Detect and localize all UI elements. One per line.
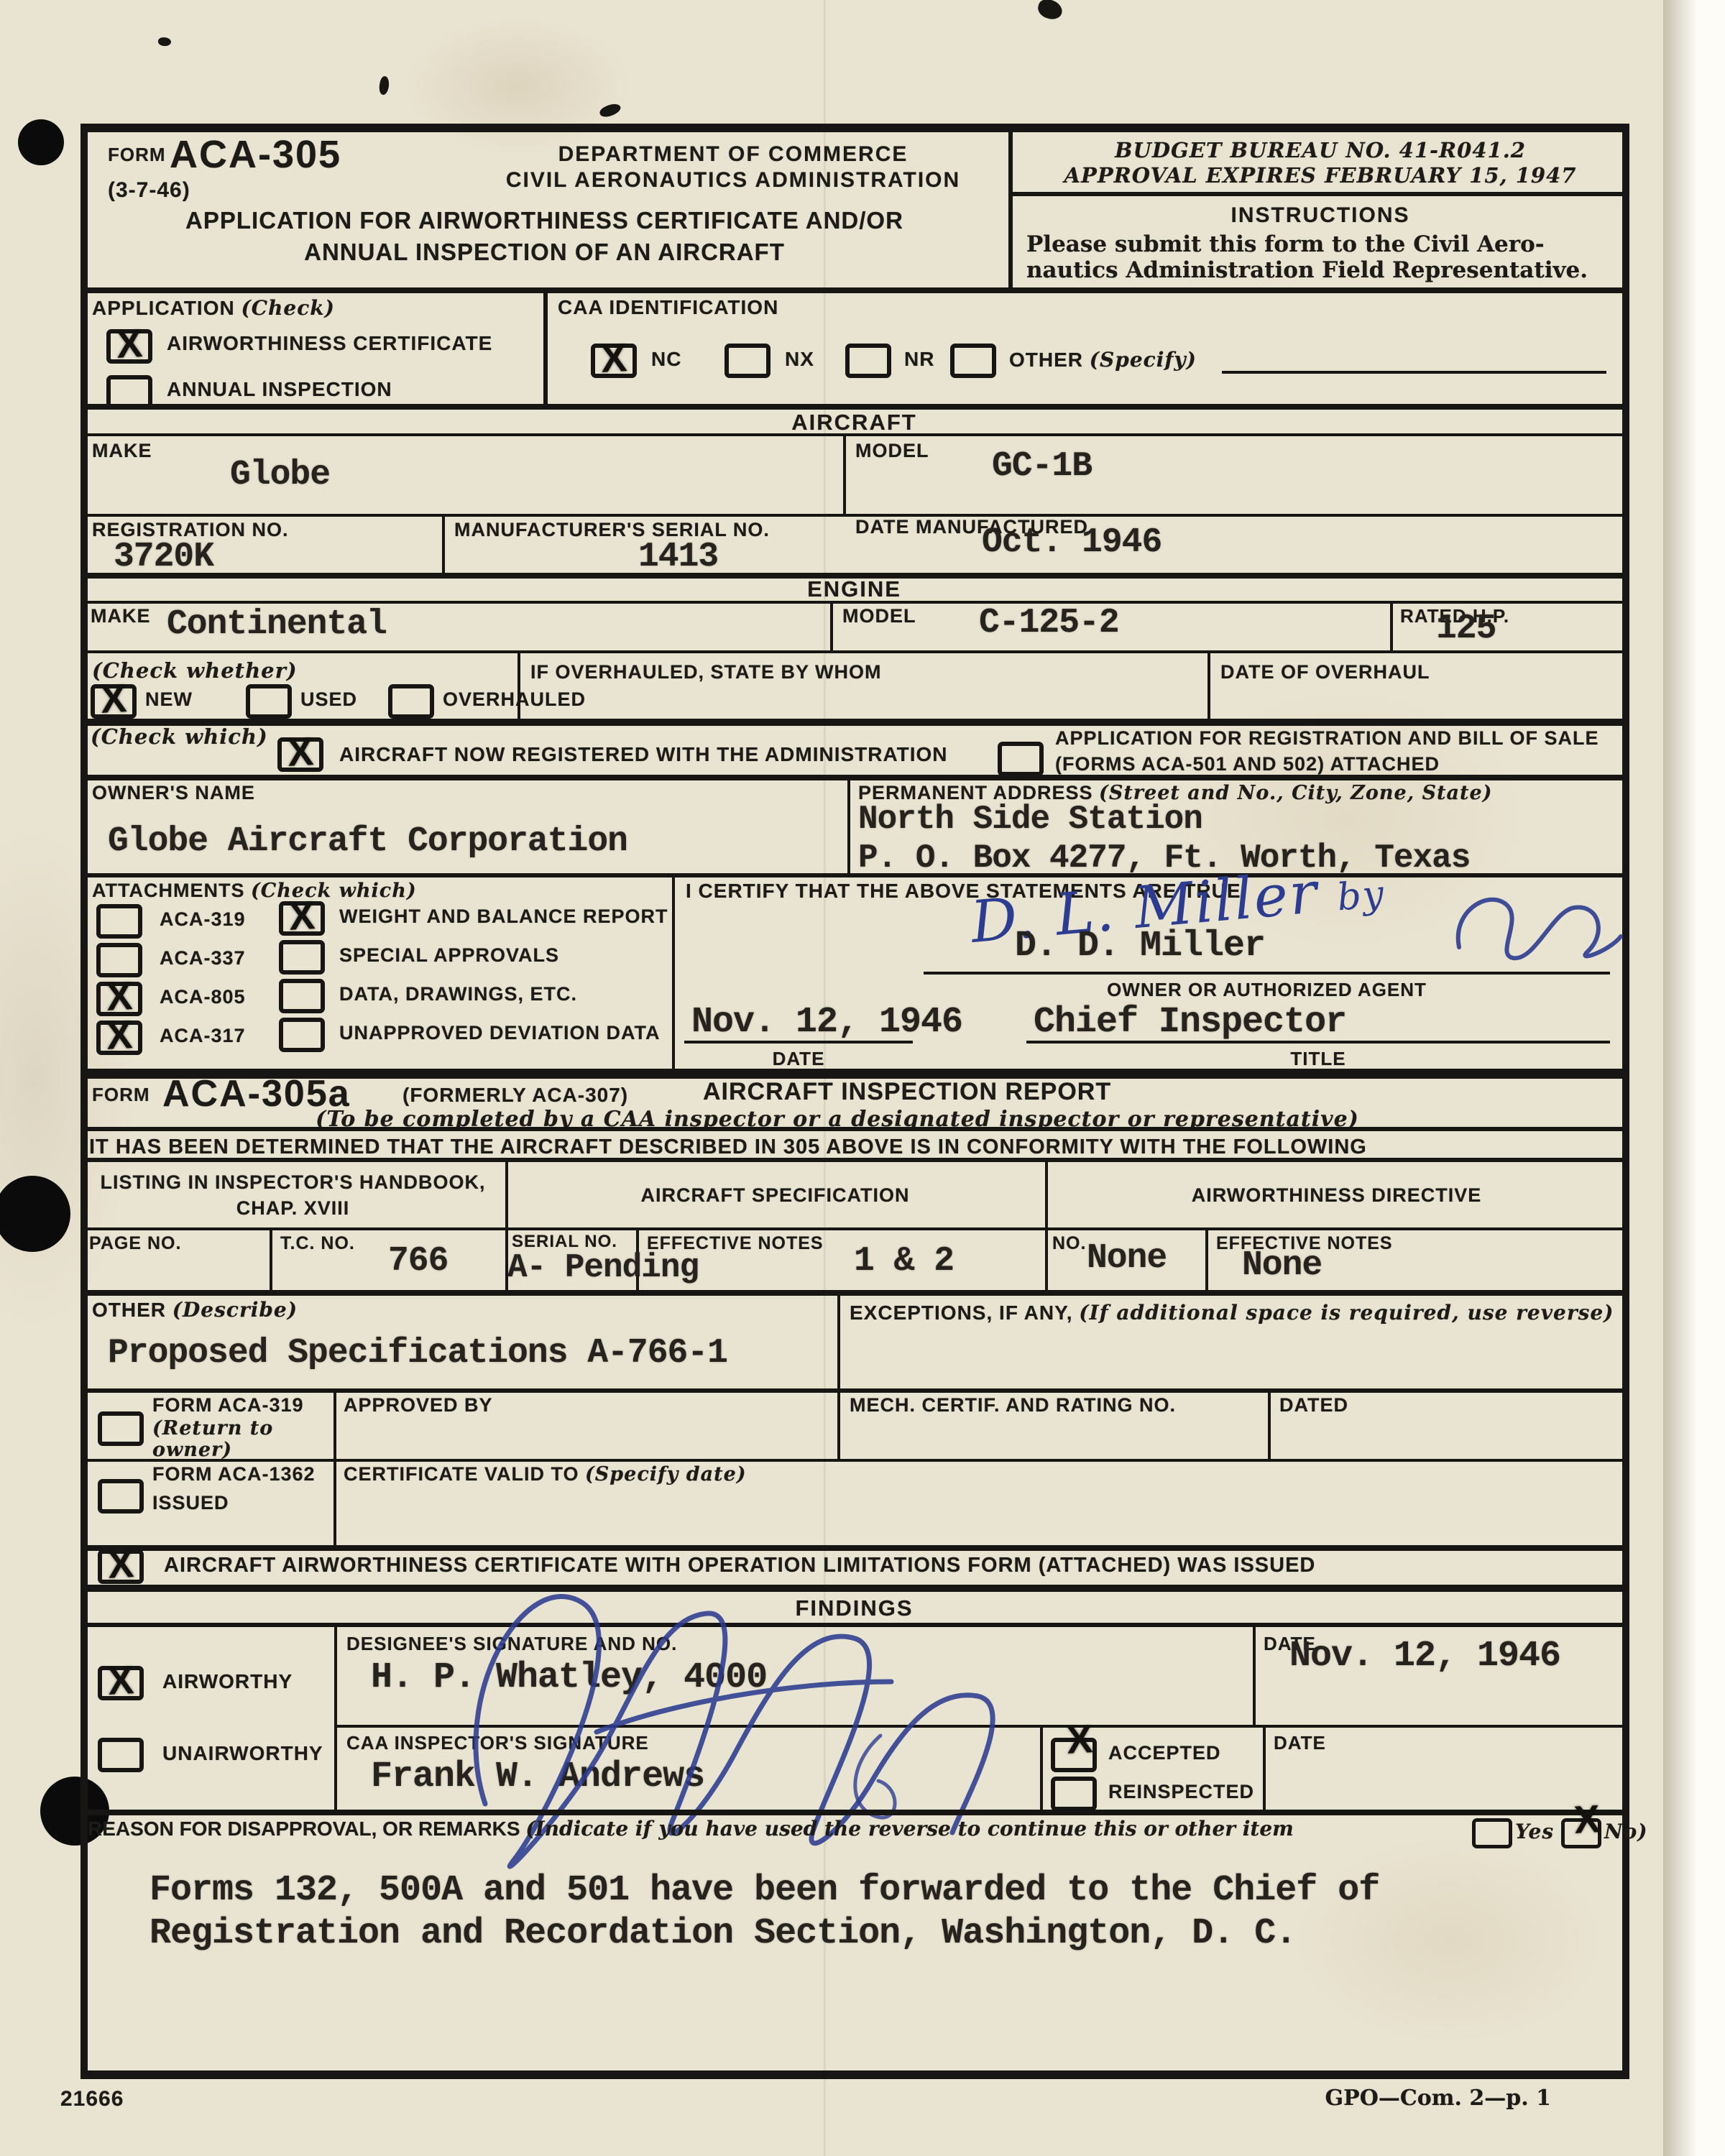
footer-gpo: GPO—Com. 2—p. 1 bbox=[1150, 2086, 1551, 2111]
remarks-yes-checkbox: X bbox=[1472, 1818, 1512, 1848]
aca-317-checkbox: X bbox=[96, 1021, 142, 1055]
annual-inspection-label: ANNUAL INSPECTION bbox=[167, 378, 392, 401]
department-line2: CIVIL AERONAUTICS ADMINISTRATION bbox=[446, 168, 1021, 193]
registration-attached-line2: (FORMS ACA-501 AND 502) ATTACHED bbox=[1055, 753, 1440, 775]
check-mark: X bbox=[101, 1658, 140, 1705]
form-title-line1: APPLICATION FOR AIRWORTHINESS CERTIFICAT… bbox=[80, 207, 1008, 234]
nx-checkbox: X bbox=[724, 344, 770, 378]
footer-stock-number: 21666 bbox=[60, 2087, 124, 2111]
divider bbox=[80, 719, 1628, 726]
check-mark: X bbox=[93, 676, 133, 723]
engine-make-value: Continental bbox=[167, 605, 387, 644]
airworthiness-certificate-label: AIRWORTHINESS CERTIFICATE bbox=[167, 332, 492, 355]
certify-date-label: DATE bbox=[684, 1048, 913, 1070]
remarks-yes-label: Yes bbox=[1515, 1820, 1554, 1843]
divider bbox=[1045, 1227, 1048, 1290]
budget-bureau-line1: BUDGET BUREAU NO. 41-R041.2 bbox=[1013, 138, 1628, 162]
tc-no-label: T.C. NO. bbox=[280, 1233, 355, 1254]
divider bbox=[80, 650, 1628, 653]
title-line bbox=[1026, 1041, 1610, 1044]
return-to-owner-line2: owner) bbox=[152, 1439, 232, 1461]
divider bbox=[837, 1388, 840, 1459]
conformity-statement: IT HAS BEEN DETERMINED THAT THE AIRCRAFT… bbox=[89, 1135, 1367, 1159]
check-mark: X bbox=[99, 1013, 139, 1059]
unairworthy-checkbox: X bbox=[98, 1738, 144, 1772]
divider bbox=[333, 1388, 336, 1459]
issued-label: ISSUED bbox=[152, 1492, 229, 1514]
form-aca-319-label: FORM ACA-319 bbox=[152, 1394, 304, 1416]
exceptions-label: EXCEPTIONS, IF ANY, (If additional space… bbox=[850, 1298, 1619, 1328]
rated-hp-value: 125 bbox=[1436, 609, 1496, 648]
handbook-col-line1: LISTING IN INSPECTOR'S HANDBOOK, bbox=[80, 1171, 505, 1194]
form-aca-319-checkbox: X bbox=[98, 1411, 144, 1446]
aca-319-checkbox: X bbox=[96, 904, 142, 939]
directive-no-value: None bbox=[1087, 1239, 1167, 1278]
data-drawings-checkbox: X bbox=[279, 979, 325, 1013]
aca-337-label: ACA-337 bbox=[160, 947, 246, 969]
check-which-label: (Check which) bbox=[91, 724, 268, 749]
divider bbox=[847, 775, 850, 873]
aircraft-make-label: MAKE bbox=[92, 440, 152, 462]
divider bbox=[1253, 1623, 1256, 1725]
ink-speck bbox=[598, 101, 622, 119]
divider bbox=[1205, 1227, 1208, 1290]
form-number-prefix: FORM bbox=[108, 144, 166, 166]
divider bbox=[80, 1158, 1628, 1162]
divider bbox=[80, 404, 1628, 410]
effective-notes-value: 1 & 2 bbox=[854, 1242, 954, 1281]
instructions-line2: nautics Administration Field Representat… bbox=[1026, 257, 1588, 283]
registered-checkbox: X bbox=[277, 737, 323, 772]
weight-balance-label: WEIGHT AND BALANCE REPORT bbox=[339, 906, 668, 928]
directive-no-label: NO. bbox=[1052, 1233, 1086, 1254]
registration-no-value: 3720K bbox=[114, 538, 213, 576]
page-no-label: PAGE NO. bbox=[89, 1233, 181, 1254]
ink-speck bbox=[1036, 0, 1064, 22]
overhauled-by-whom-label: IF OVERHAULED, STATE BY WHOM bbox=[530, 661, 882, 683]
aircraft-section-title: AIRCRAFT bbox=[80, 410, 1628, 436]
accepted-label: ACCEPTED bbox=[1108, 1742, 1221, 1764]
dated-label: DATED bbox=[1279, 1394, 1348, 1416]
remarks-text-line2: Registration and Recordation Section, Wa… bbox=[149, 1913, 1296, 1954]
handbook-col-line2: CHAP. XVIII bbox=[80, 1197, 505, 1220]
special-approvals-checkbox: X bbox=[279, 940, 325, 975]
new-label: NEW bbox=[145, 688, 193, 711]
certificate-issued-checkbox: X bbox=[98, 1549, 144, 1584]
nr-checkbox: X bbox=[845, 344, 891, 378]
remarks-no-checkbox: X bbox=[1561, 1818, 1601, 1848]
check-mark: X bbox=[109, 321, 149, 368]
aircraft-model-value: GC-1B bbox=[992, 447, 1092, 486]
aca-805-label: ACA-805 bbox=[160, 986, 246, 1008]
special-approvals-label: SPECIAL APPROVALS bbox=[339, 944, 559, 967]
date-of-overhaul-label: DATE OF OVERHAUL bbox=[1220, 661, 1430, 683]
paper-edge bbox=[1663, 0, 1725, 2156]
form-title-line2: ANNUAL INSPECTION OF AN AIRCRAFT bbox=[80, 239, 1008, 266]
new-checkbox: X bbox=[91, 684, 137, 719]
registered-label: AIRCRAFT NOW REGISTERED WITH THE ADMINIS… bbox=[339, 743, 948, 766]
approved-by-label: APPROVED BY bbox=[344, 1394, 493, 1416]
ink-speck bbox=[378, 75, 390, 96]
divider bbox=[80, 1290, 1628, 1296]
punch-hole bbox=[0, 1176, 70, 1252]
airworthy-checkbox: X bbox=[98, 1666, 144, 1700]
overhauled-label: OVERHAULED bbox=[443, 688, 586, 711]
aircraft-make-value: Globe bbox=[230, 456, 330, 494]
divider bbox=[843, 436, 846, 514]
effective-notes-label: EFFECTIVE NOTES bbox=[647, 1233, 824, 1254]
tc-no-value: 766 bbox=[388, 1242, 448, 1281]
signature-flourish bbox=[1445, 883, 1624, 969]
data-drawings-label: DATA, DRAWINGS, ETC. bbox=[339, 983, 577, 1005]
used-checkbox: X bbox=[246, 684, 292, 719]
form-aca-1362-checkbox: X bbox=[98, 1479, 144, 1514]
form-aca-1362-label: FORM ACA-1362 bbox=[152, 1463, 316, 1485]
used-label: USED bbox=[300, 688, 357, 711]
divider bbox=[830, 601, 833, 650]
divider bbox=[1268, 1388, 1271, 1459]
ink-speck bbox=[158, 37, 171, 46]
certificate-valid-to-label: CERTIFICATE VALID TO (Specify date) bbox=[344, 1463, 747, 1485]
attachments-label: ATTACHMENTS (Check which) bbox=[92, 880, 417, 902]
owner-signature-typed: D. D. Miller bbox=[1015, 926, 1265, 967]
engine-model-value: C-125-2 bbox=[979, 604, 1119, 642]
registration-attached-checkbox: X bbox=[998, 742, 1044, 776]
owner-name-value: Globe Aircraft Corporation bbox=[108, 822, 627, 861]
unairworthy-label: UNAIRWORTHY bbox=[162, 1742, 323, 1765]
remarks-no-label: No) bbox=[1604, 1820, 1648, 1843]
department-line1: DEPARTMENT OF COMMERCE bbox=[446, 142, 1021, 167]
certify-title-value: Chief Inspector bbox=[1034, 1002, 1346, 1043]
application-label: APPLICATION (Check) bbox=[92, 296, 335, 320]
remarks-label: REASON FOR DISAPPROVAL, OR REMARKS (Indi… bbox=[88, 1817, 1294, 1841]
divider bbox=[80, 433, 1628, 436]
divider bbox=[517, 650, 520, 719]
aircraft-model-label: MODEL bbox=[855, 440, 929, 462]
divider bbox=[80, 1127, 1628, 1131]
divider bbox=[1390, 601, 1393, 650]
divider bbox=[333, 1459, 336, 1545]
owner-agent-label: OWNER OR AUTHORIZED AGENT bbox=[924, 979, 1610, 1001]
instructions-title: INSTRUCTIONS bbox=[1013, 203, 1628, 228]
date-line bbox=[684, 1041, 913, 1044]
engine-make-label: MAKE bbox=[91, 605, 151, 627]
permanent-address-line1: North Side Station bbox=[858, 801, 1202, 838]
unapproved-deviation-label: UNAPPROVED DEVIATION DATA bbox=[339, 1022, 661, 1044]
divider bbox=[1263, 1725, 1266, 1810]
remarks-text-line1: Forms 132, 500A and 501 have been forwar… bbox=[149, 1870, 1379, 1911]
punch-hole bbox=[18, 119, 64, 165]
aca-805-checkbox: X bbox=[96, 982, 142, 1016]
form-border-bottom bbox=[80, 2070, 1628, 2079]
budget-bureau-line2: APPROVAL EXPIRES FEBRUARY 15, 1947 bbox=[1013, 163, 1628, 188]
form-number: ACA-305 bbox=[170, 132, 341, 177]
divider bbox=[80, 873, 1628, 877]
report-formerly: (FORMERLY ACA-307) bbox=[402, 1084, 628, 1107]
divider bbox=[80, 1810, 1628, 1815]
spec-serial-value: A- Pending bbox=[507, 1249, 699, 1286]
check-mark: X bbox=[101, 1542, 140, 1588]
return-to-owner-line1: (Return to bbox=[152, 1417, 273, 1439]
inspector-date-label: DATE bbox=[1274, 1732, 1326, 1754]
form-revision-date: (3-7-46) bbox=[108, 178, 190, 203]
scanned-form-page: FORM ACA-305 (3-7-46) DEPARTMENT OF COMM… bbox=[0, 0, 1725, 2156]
divider bbox=[80, 1388, 1628, 1393]
report-form-prefix: FORM bbox=[92, 1084, 150, 1106]
aca-319-label: ACA-319 bbox=[160, 908, 246, 931]
check-mark: X bbox=[282, 893, 321, 940]
divider bbox=[672, 873, 675, 1069]
engine-section-title: ENGINE bbox=[80, 576, 1628, 602]
unapproved-deviation-checkbox: X bbox=[279, 1018, 325, 1052]
caa-identification-label: CAA IDENTIFICATION bbox=[558, 296, 778, 319]
divider bbox=[80, 601, 1628, 604]
other-id-blank-line bbox=[1222, 371, 1606, 374]
other-id-label: OTHER (Specify) bbox=[1009, 348, 1197, 372]
reinspected-label: REINSPECTED bbox=[1108, 1781, 1254, 1803]
aircraft-spec-col: AIRCRAFT SPECIFICATION bbox=[505, 1184, 1045, 1207]
weight-balance-checkbox: X bbox=[279, 901, 325, 936]
serial-no-label: MANUFACTURER'S SERIAL NO. bbox=[454, 519, 770, 541]
divider bbox=[837, 1290, 840, 1388]
instructions-line1: Please submit this form to the Civil Aer… bbox=[1026, 231, 1545, 257]
findings-date-value: Nov. 12, 1946 bbox=[1289, 1636, 1560, 1677]
nr-label: NR bbox=[904, 348, 934, 371]
divider bbox=[80, 1459, 1628, 1462]
certify-title-label: TITLE bbox=[1026, 1048, 1610, 1070]
divider bbox=[80, 1227, 1628, 1230]
signature-line bbox=[924, 972, 1610, 975]
check-mark: X bbox=[594, 336, 633, 382]
overhauled-checkbox: X bbox=[388, 684, 434, 719]
serial-no-value: 1413 bbox=[638, 538, 718, 576]
divider bbox=[1207, 650, 1210, 719]
divider bbox=[1008, 192, 1628, 196]
divider bbox=[442, 514, 445, 573]
airworthiness-certificate-checkbox: X bbox=[106, 329, 152, 364]
airworthiness-directive-col: AIRWORTHINESS DIRECTIVE bbox=[1045, 1184, 1628, 1207]
certify-date-value: Nov. 12, 1946 bbox=[691, 1002, 962, 1043]
nc-label: NC bbox=[651, 348, 681, 371]
divider bbox=[80, 514, 1628, 517]
directive-notes-value: None bbox=[1242, 1246, 1322, 1285]
divider bbox=[334, 1623, 337, 1810]
airworthy-label: AIRWORTHY bbox=[162, 1670, 293, 1693]
check-mark: X bbox=[1569, 1797, 1604, 1843]
form-border-top bbox=[80, 124, 1628, 132]
divider bbox=[270, 1227, 272, 1290]
divider bbox=[80, 775, 1628, 780]
check-mark: X bbox=[280, 729, 320, 776]
registration-attached-line1: APPLICATION FOR REGISTRATION AND BILL OF… bbox=[1055, 727, 1599, 750]
nx-label: NX bbox=[785, 348, 814, 371]
divider bbox=[543, 287, 548, 404]
divider bbox=[80, 287, 1628, 293]
aca-317-label: ACA-317 bbox=[160, 1025, 246, 1047]
other-describe-value: Proposed Specifications A-766-1 bbox=[108, 1334, 727, 1373]
mech-certif-label: MECH. CERTIF. AND RATING NO. bbox=[850, 1394, 1176, 1416]
date-manufactured-value: Oct. 1946 bbox=[982, 523, 1161, 562]
report-title: AIRCRAFT INSPECTION REPORT bbox=[703, 1078, 1111, 1106]
engine-model-label: MODEL bbox=[842, 605, 916, 627]
nc-checkbox: X bbox=[591, 344, 637, 378]
aca-337-checkbox: X bbox=[96, 943, 142, 977]
owner-name-label: OWNER'S NAME bbox=[92, 782, 255, 804]
other-id-checkbox: X bbox=[950, 344, 996, 378]
other-describe-label: OTHER (Describe) bbox=[92, 1298, 298, 1322]
